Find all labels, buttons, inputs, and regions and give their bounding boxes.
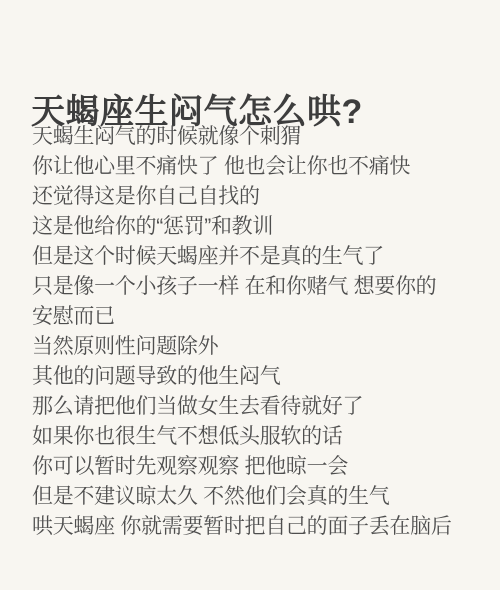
text-line: 那么请把他们当做女生去看待就好了 <box>32 392 490 422</box>
text-line: 这是他给你的“惩罚”和教训 <box>32 212 490 242</box>
text-line: 哄天蝎座 你就需要暂时把自己的面子丢在脑后 <box>32 512 490 542</box>
text-line: 其他的问题导致的他生闷气 <box>32 362 490 392</box>
text-line: 但是不建议晾太久 不然他们会真的生气 <box>32 482 490 512</box>
text-line: 当然原则性问题除外 <box>32 332 490 362</box>
text-line: 只是像一个小孩子一样 在和你赌气 想要你的 <box>32 272 490 302</box>
text-line: 如果你也很生气不想低头服软的话 <box>32 422 490 452</box>
text-line: 你可以暂时先观察观察 把他晾一会 <box>32 452 490 482</box>
text-line: 天蝎生闷气的时候就像个刺猬 <box>32 122 490 152</box>
text-line: 安慰而已 <box>32 302 490 332</box>
body-text: 天蝎生闷气的时候就像个刺猬 你让他心里不痛快了 他也会让你也不痛快 还觉得这是你… <box>32 122 490 542</box>
text-card: 天蝎座生闷气怎么哄? 天蝎生闷气的时候就像个刺猬 你让他心里不痛快了 他也会让你… <box>0 0 500 590</box>
text-line: 但是这个时候天蝎座并不是真的生气了 <box>32 242 490 272</box>
text-line: 还觉得这是你自己自找的 <box>32 182 490 212</box>
text-line: 你让他心里不痛快了 他也会让你也不痛快 <box>32 152 490 182</box>
